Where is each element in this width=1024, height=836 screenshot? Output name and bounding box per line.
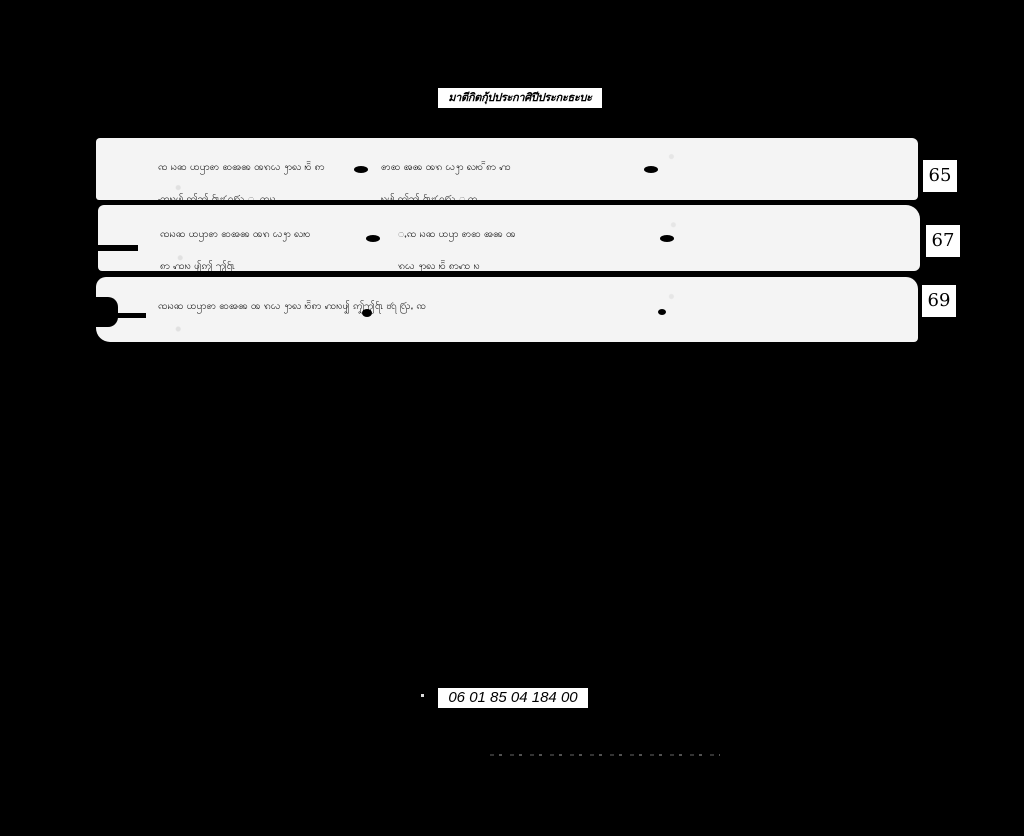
page-number-label: 67 xyxy=(926,225,960,257)
leaf-text-right-column: ꩻꩡ ꩢꩣ ꩤꩥ ꩦꩧ ꩨꩩ ꩪ ꩫꩬ ꩭꩮ ꩯꩰ ꩱꩲ ꩳ ꩴꩵ ꩶ꩷ ꩸꩹ … xyxy=(398,209,903,271)
text-line: ꩰꩱ ꩲꩳ ꩴꩵ ꩶ꩷ xyxy=(160,262,400,271)
text-line: ꩫꩬ ꩭꩮ ꩯꩰ ꩱꩲ ꩳ xyxy=(398,262,903,271)
leaf-text-left-column: ꩡꩢꩣ ꩤꩥꩦ ꩧꩨꩩ ꩪꩫ ꩬꩭ ꩮꩯ ꩰꩱ ꩲꩳ ꩴꩵ ꩶ꩷ ꩡꩢ ꩣꩤ ꩥ… xyxy=(160,209,400,271)
microfilm-id-label: 06 01 85 04 184 00 xyxy=(438,688,588,708)
string-hole-icon xyxy=(660,235,674,242)
text-line: ꩡꩢꩣ ꩤꩥꩦ ꩧꩨꩩ ꩪ ꩫꩬ ꩭꩮ ꩯꩰꩱ ꩲꩳꩴ ꩵꩶ꩷ ꩸꩹ ꩺꩻ ꩡ xyxy=(158,302,798,313)
string-hole-icon xyxy=(644,166,658,173)
manuscript-title-label: มาตีกิตกุ้ปประกาศิปีประกะธะบะ xyxy=(438,88,602,108)
text-line: ꩲꩳꩴ ꩵꩶ ꩷꩸ ꩹ꩺ ꩻ ꩡꩢ xyxy=(158,195,388,200)
leaf-text-left-column: ꩡꩢꩣ ꩤꩥꩦ ꩧꩨꩩ ꩪ ꩫꩬ ꩭꩮ ꩯꩰꩱ ꩲꩳꩴ ꩵꩶ꩷ ꩸꩹ ꩺꩻ ꩡ xyxy=(158,281,798,334)
leaf-text-left-column: ꩡ ꩢꩣ ꩤꩥꩦ ꩧꩨꩩ ꩪꩫꩬ ꩭꩮ ꩯꩰ ꩱ ꩲꩳꩴ ꩵꩶ ꩷꩸ ꩹ꩺ ꩻ … xyxy=(158,142,388,200)
string-hole-icon xyxy=(366,235,380,242)
palm-leaf-page-67: ꩡꩢꩣ ꩤꩥꩦ ꩧꩨꩩ ꩪꩫ ꩬꩭ ꩮꩯ ꩰꩱ ꩲꩳ ꩴꩵ ꩶ꩷ ꩡꩢ ꩣꩤ ꩥ… xyxy=(98,205,920,271)
leaf-damage-mark xyxy=(96,313,146,318)
film-scan-noise xyxy=(490,754,720,756)
page-number-label: 65 xyxy=(923,160,957,192)
leaf-damage-mark xyxy=(98,245,138,251)
leaf-text-right-column: ꩦꩧ ꩨꩩ ꩪꩫ ꩬꩭ ꩮꩯ ꩰꩱ ꩲ ꩳꩴ ꩵꩶ ꩷꩸ ꩹ꩺ ꩻꩡ ꩢꩣ ꩤꩥ… xyxy=(381,142,901,200)
text-line: ꩳꩴ ꩵꩶ ꩷꩸ ꩹ꩺ ꩻꩡ xyxy=(381,195,901,200)
leaf-damage-mark xyxy=(96,297,118,327)
string-hole-icon xyxy=(362,309,372,317)
page-number-label: 69 xyxy=(922,285,956,317)
film-speck xyxy=(421,694,424,697)
palm-leaf-page-65: ꩡ ꩢꩣ ꩤꩥꩦ ꩧꩨꩩ ꩪꩫꩬ ꩭꩮ ꩯꩰ ꩱ ꩲꩳꩴ ꩵꩶ ꩷꩸ ꩹ꩺ ꩻ … xyxy=(96,138,918,200)
text-line: ꩦꩧ ꩨꩩ ꩪꩫ ꩬꩭ ꩮꩯ ꩰꩱ ꩲ xyxy=(381,163,901,174)
text-line: ꩡꩢꩣ ꩤꩥꩦ ꩧꩨꩩ ꩪꩫ ꩬꩭ ꩮꩯ xyxy=(160,230,400,241)
text-line: ꩻꩡ ꩢꩣ ꩤꩥ ꩦꩧ ꩨꩩ ꩪ xyxy=(398,230,903,241)
palm-leaf-page-69: ꩡꩢꩣ ꩤꩥꩦ ꩧꩨꩩ ꩪ ꩫꩬ ꩭꩮ ꩯꩰꩱ ꩲꩳꩴ ꩵꩶ꩷ ꩸꩹ ꩺꩻ ꩡ xyxy=(96,277,918,342)
string-hole-icon xyxy=(354,166,368,173)
string-hole-icon xyxy=(658,309,666,315)
